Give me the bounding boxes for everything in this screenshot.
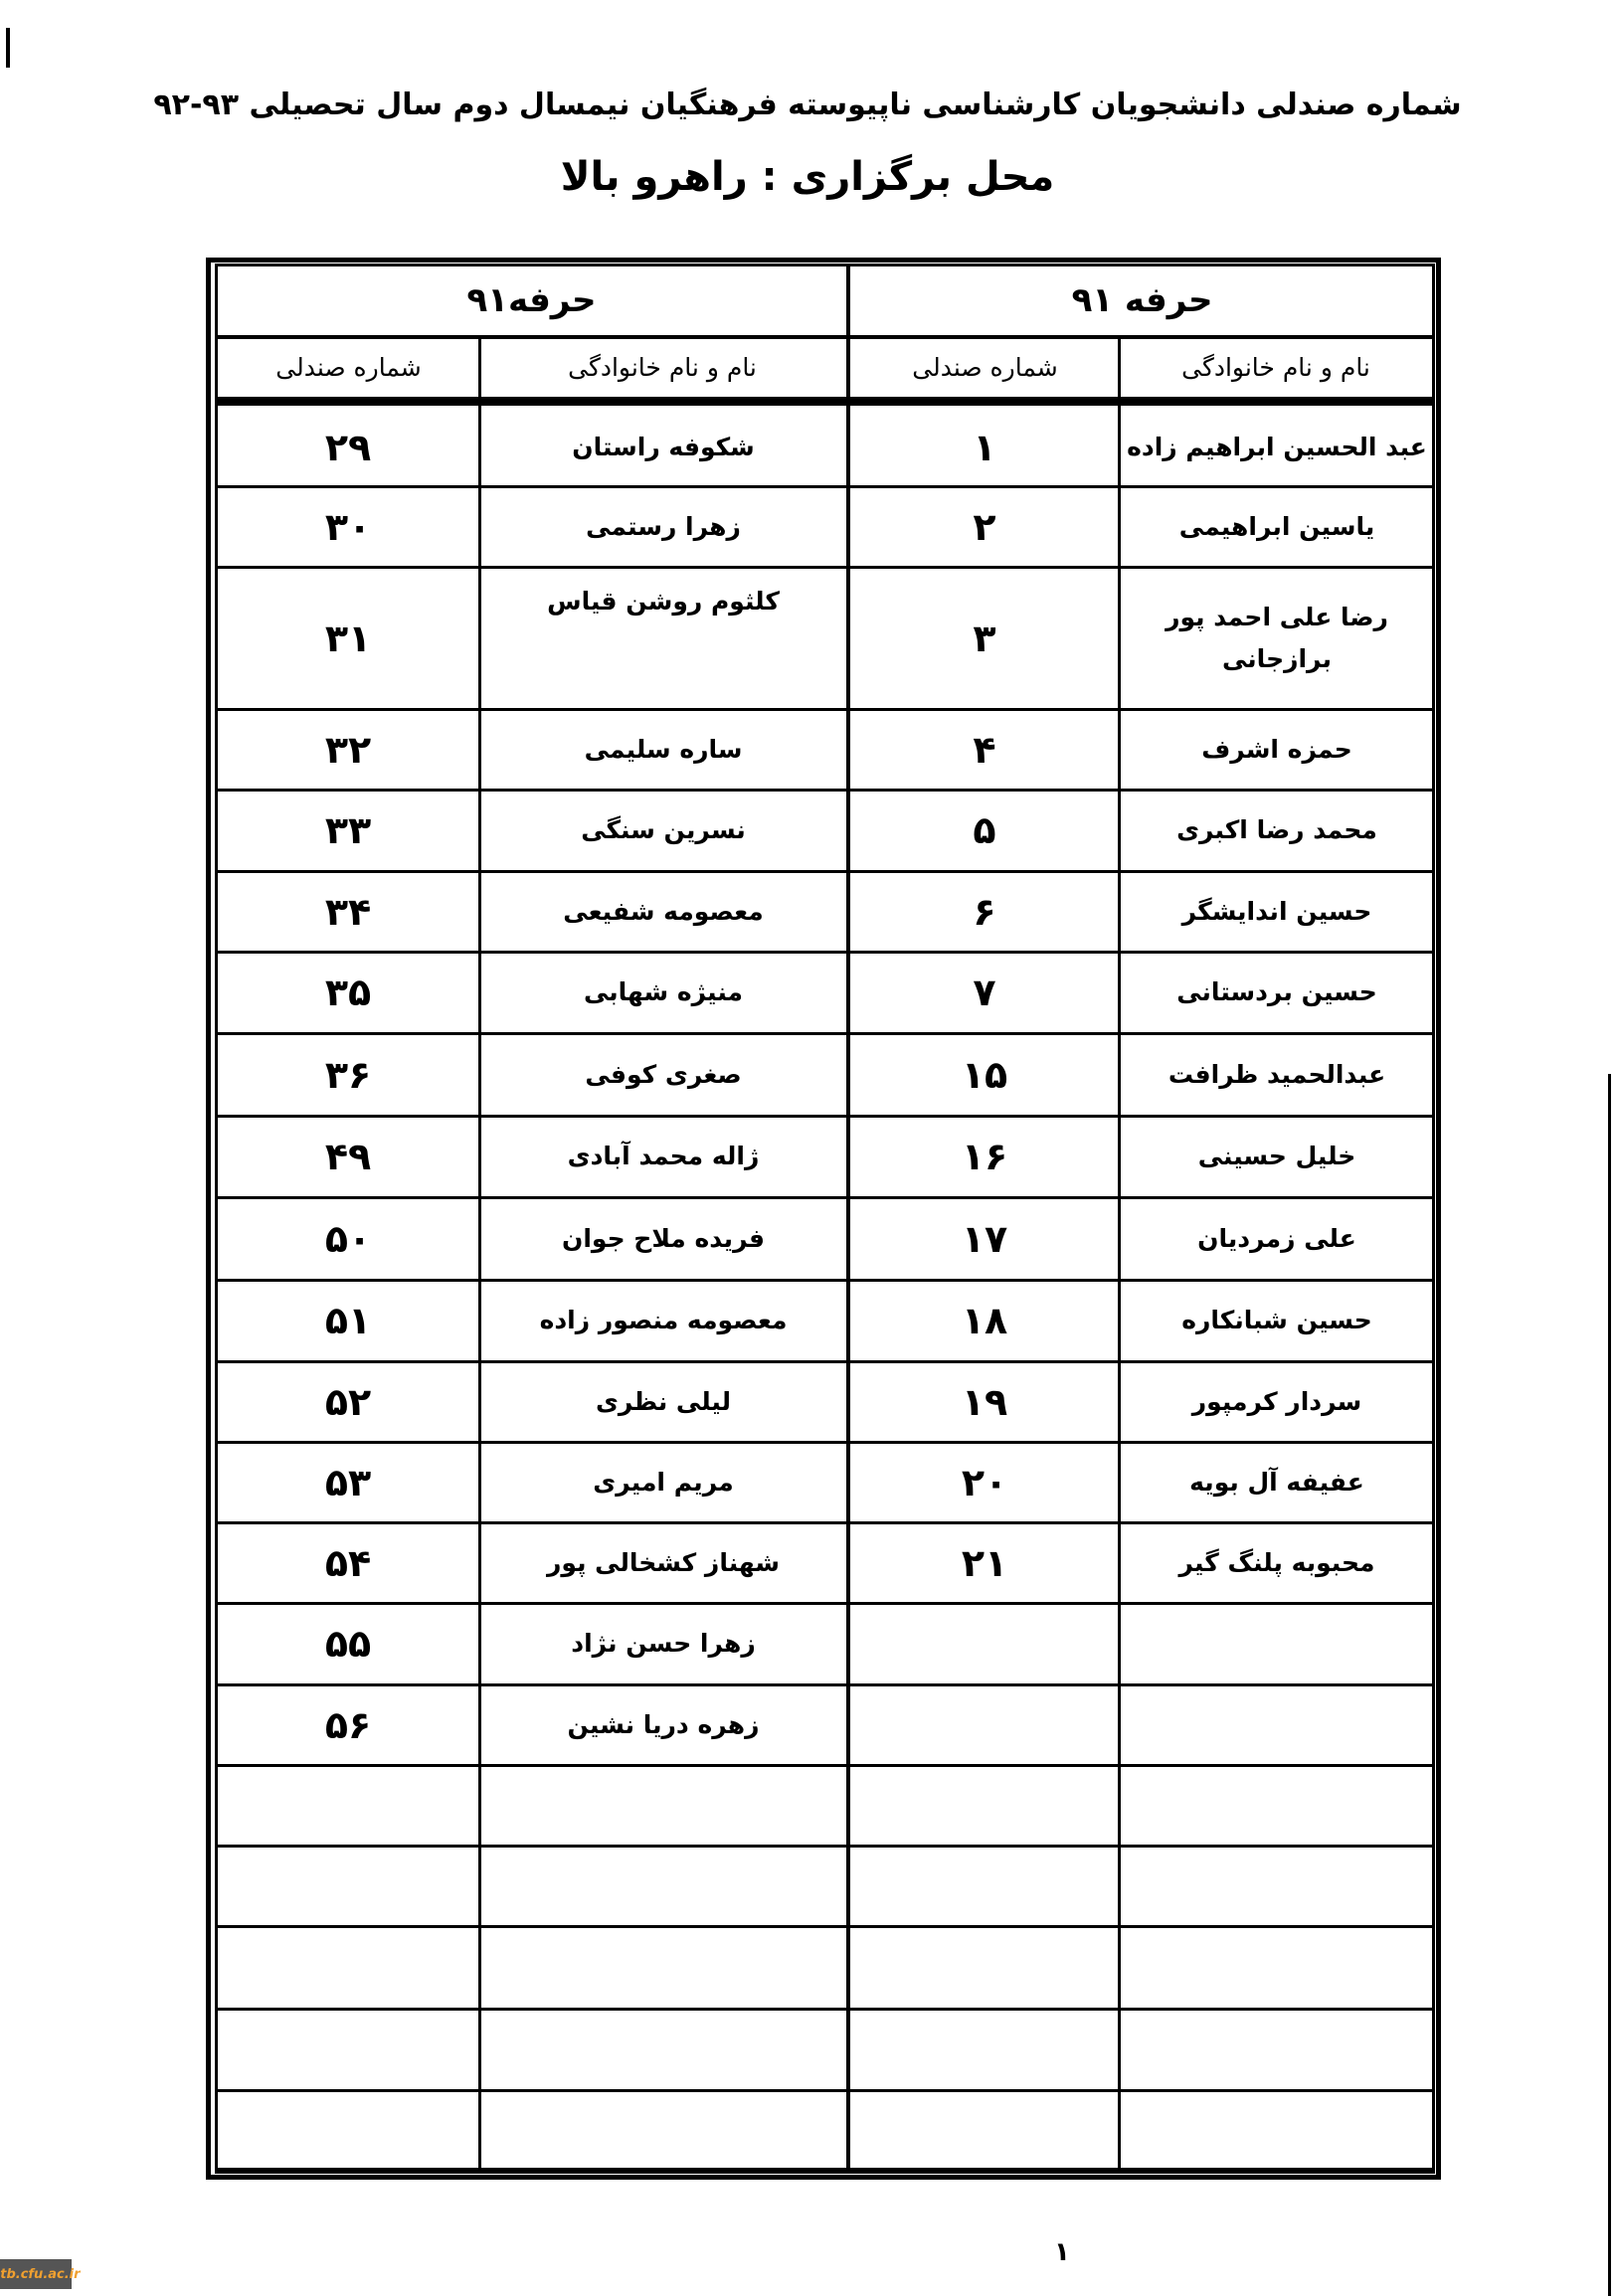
cell-seat-left: ۳۲ xyxy=(218,711,478,789)
cell-name-right xyxy=(1121,1686,1433,1764)
cell-seat-right xyxy=(851,1605,1118,1683)
cell-seat-left: ۵۱ xyxy=(218,1282,478,1360)
cell-name-left: ژاله محمد آبادی xyxy=(481,1118,845,1196)
cell-name-right: حسین شبانکاره xyxy=(1121,1282,1433,1360)
watermark: atb.cfu.ac.ir xyxy=(0,2259,72,2289)
cell-seat-left xyxy=(218,1848,478,1925)
cell-name-left xyxy=(481,2011,845,2089)
cell-name-right xyxy=(1121,1928,1433,2008)
cell-name-right: محبوبه پلنگ گیر xyxy=(1121,1524,1433,1602)
cell-seat-left xyxy=(218,1928,478,2008)
cell-name-left: صغری کوفی xyxy=(481,1035,845,1115)
cell-name-left: مریم امیری xyxy=(481,1444,845,1521)
cell-seat-left: ۵۲ xyxy=(218,1363,478,1441)
group-divider xyxy=(846,264,850,2174)
cell-name-left: کلثوم روشن قیاس xyxy=(481,569,845,708)
cell-seat-right xyxy=(851,2011,1118,2089)
cell-name-left: معصومه شفیعی xyxy=(481,873,845,951)
cell-name-left: زهرا رستمی xyxy=(481,488,845,566)
cell-seat-right: ۲ xyxy=(851,488,1118,566)
cell-name-left: زهرا حسن نژاد xyxy=(481,1605,845,1683)
cell-seat-left: ۳۳ xyxy=(218,792,478,870)
cell-name-right xyxy=(1121,1605,1433,1683)
cell-seat-right xyxy=(851,1848,1118,1925)
cell-name-right: یاسین ابراهیمی xyxy=(1121,488,1433,566)
cell-name-right: حسین بردستانی xyxy=(1121,954,1433,1032)
cell-seat-right: ۱۶ xyxy=(851,1118,1118,1196)
column-header-name-left: نام و نام خانوادگی xyxy=(479,339,845,397)
cell-seat-left: ۳۵ xyxy=(218,954,478,1032)
cell-seat-right xyxy=(851,2092,1118,2168)
cell-seat-left: ۵۴ xyxy=(218,1524,478,1602)
column-header-seat-left: شماره صندلی xyxy=(218,339,479,397)
document-title: شماره صندلی دانشجویان کارشناسی ناپیوسته … xyxy=(0,88,1615,122)
row-line xyxy=(215,2168,1435,2171)
cell-seat-left: ۵۰ xyxy=(218,1199,478,1279)
cell-name-left xyxy=(481,2092,845,2168)
cell-seat-left: ۴۹ xyxy=(218,1118,478,1196)
cell-name-right: رضا علی احمد پور برازجانی xyxy=(1121,569,1433,708)
cell-name-left xyxy=(481,1928,845,2008)
cell-seat-right xyxy=(851,1686,1118,1764)
cell-name-right: عفیفه آل بویه xyxy=(1121,1444,1433,1521)
cell-name-right xyxy=(1121,1848,1433,1925)
header-thick-line xyxy=(215,397,1435,406)
cell-name-right: حسین اندایشگر xyxy=(1121,873,1433,951)
cell-name-left: شهناز کشخالی پور xyxy=(481,1524,845,1602)
cell-seat-right: ۱۷ xyxy=(851,1199,1118,1279)
cell-name-left xyxy=(481,1767,845,1845)
cell-seat-left: ۳۶ xyxy=(218,1035,478,1115)
cell-name-right: سردار کرمپور xyxy=(1121,1363,1433,1441)
cell-seat-left xyxy=(218,2011,478,2089)
cell-name-right: محمد رضا اکبری xyxy=(1121,792,1433,870)
cell-seat-right: ۲۱ xyxy=(851,1524,1118,1602)
cell-name-left: فریده ملاح جوان xyxy=(481,1199,845,1279)
cell-seat-right xyxy=(851,1767,1118,1845)
cell-name-left: لیلی نظری xyxy=(481,1363,845,1441)
cell-seat-right: ۳ xyxy=(851,569,1118,708)
cell-name-right xyxy=(1121,2011,1433,2089)
cell-seat-right xyxy=(851,1928,1118,2008)
cell-name-left: ساره سلیمی xyxy=(481,711,845,789)
cell-seat-left: ۵۳ xyxy=(218,1444,478,1521)
cell-name-left: معصومه منصور زاده xyxy=(481,1282,845,1360)
group-header-right: حرفه ۹۱ xyxy=(851,266,1433,336)
cell-seat-left xyxy=(218,1767,478,1845)
cell-seat-right: ۱۵ xyxy=(851,1035,1118,1115)
cell-name-right xyxy=(1121,2092,1433,2168)
column-header-seat-right: شماره صندلی xyxy=(851,339,1119,397)
cell-seat-right: ۱۹ xyxy=(851,1363,1118,1441)
cell-name-left: شکوفه راستان xyxy=(481,410,845,485)
group-header-left: حرفه۹۱ xyxy=(218,266,845,336)
cell-seat-left: ۳۱ xyxy=(218,569,478,708)
cell-seat-left xyxy=(218,2092,478,2168)
cell-name-left: نسرین سنگی xyxy=(481,792,845,870)
cell-name-right: عبد الحسین ابراهیم زاده xyxy=(1121,410,1433,485)
cell-seat-left: ۳۰ xyxy=(218,488,478,566)
cell-seat-right: ۱ xyxy=(851,410,1118,485)
cell-seat-right: ۶ xyxy=(851,873,1118,951)
cell-seat-left: ۲۹ xyxy=(218,410,478,485)
cell-name-right xyxy=(1121,1767,1433,1845)
cell-name-left xyxy=(481,1848,845,1925)
cell-seat-right: ۴ xyxy=(851,711,1118,789)
cell-seat-left: ۵۵ xyxy=(218,1605,478,1683)
column-header-name-right: نام و نام خانوادگی xyxy=(1119,339,1433,397)
scan-edge-line xyxy=(1608,1074,1611,2296)
cell-seat-left: ۵۶ xyxy=(218,1686,478,1764)
cell-name-right: حمزه اشرف xyxy=(1121,711,1433,789)
page-number: ۱ xyxy=(1054,2237,1070,2267)
cell-name-left: منیژه شهابی xyxy=(481,954,845,1032)
scan-mark xyxy=(6,28,10,68)
cell-seat-right: ۱۸ xyxy=(851,1282,1118,1360)
cell-seat-right: ۲۰ xyxy=(851,1444,1118,1521)
cell-seat-right: ۷ xyxy=(851,954,1118,1032)
cell-seat-left: ۳۴ xyxy=(218,873,478,951)
cell-seat-right: ۵ xyxy=(851,792,1118,870)
cell-name-right: علی زمردیان xyxy=(1121,1199,1433,1279)
cell-name-right: خلیل حسینی xyxy=(1121,1118,1433,1196)
cell-name-right: عبدالحمید ظرافت xyxy=(1121,1035,1433,1115)
cell-name-left: زهره دریا نشین xyxy=(481,1686,845,1764)
exam-location: محل برگزاری : راهرو بالا xyxy=(0,154,1615,200)
